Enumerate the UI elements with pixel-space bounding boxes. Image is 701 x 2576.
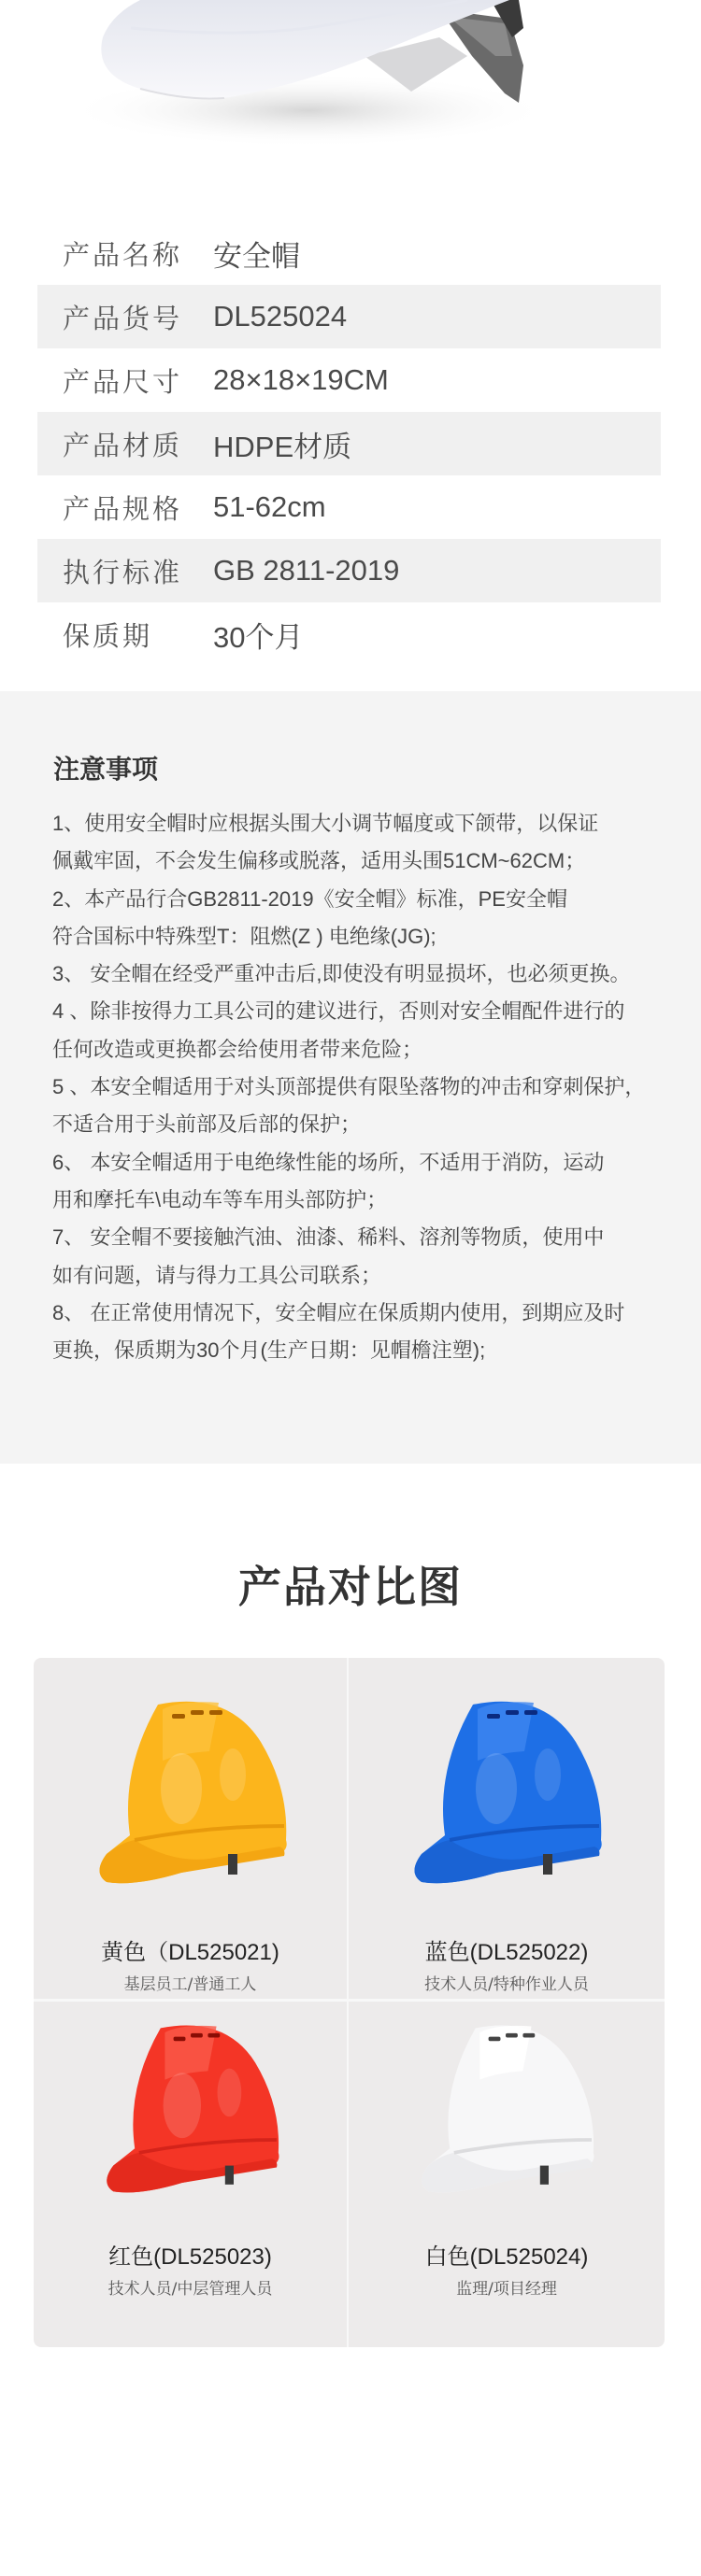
- note-line: 5 、本安全帽适用于对头顶部提供有限坠落物的冲击和穿刺保护，: [52, 1069, 669, 1106]
- product-name: 红色(DL525023): [34, 2238, 347, 2271]
- spec-value: 30个月: [213, 614, 303, 656]
- spec-label: 产品名称: [37, 234, 213, 273]
- compare-card-white[interactable]: 白色(DL525024) 监理/项目经理: [349, 2002, 665, 2347]
- spec-value: 51-62cm: [213, 490, 326, 524]
- product-role: 基层员工/普通工人: [34, 1971, 347, 1994]
- product-name: 蓝色(DL525022): [349, 1933, 665, 1966]
- product-name: 黄色（DL525021): [34, 1933, 347, 1966]
- note-line: 更换，保质期为30个月(生产日期：见帽檐注塑);: [52, 1332, 669, 1369]
- note-line: 6、 本安全帽适用于电绝缘性能的场所，不适用于消防，运动: [52, 1144, 669, 1182]
- spec-label: 执行标准: [37, 552, 213, 590]
- red-helmet-icon: [69, 2011, 312, 2226]
- product-role: 技术人员/中层管理人员: [34, 2275, 347, 2299]
- note-line: 8、 在正常使用情况下，安全帽应在保质期内使用，到期应及时: [52, 1295, 669, 1332]
- spec-value: HDPE材质: [213, 423, 351, 465]
- spec-value: DL525024: [213, 300, 347, 333]
- compare-card-yellow[interactable]: 黄色（DL525021) 基层员工/普通工人: [34, 1658, 349, 2002]
- product-role: 监理/项目经理: [349, 2275, 665, 2299]
- spec-label: 产品货号: [37, 298, 213, 336]
- notes-list: 1、使用安全帽时应根据头围大小调节幅度或下颌带，以保证 佩戴牢固，不会发生偏移或…: [52, 805, 669, 1369]
- product-role: 技术人员/特种作业人员: [349, 1971, 665, 1994]
- compare-card-blue[interactable]: 蓝色(DL525022) 技术人员/特种作业人员: [349, 1658, 665, 2002]
- compare-card-red[interactable]: 红色(DL525023) 技术人员/中层管理人员: [34, 2002, 349, 2347]
- note-line: 1、使用安全帽时应根据头围大小调节幅度或下颌带，以保证: [52, 805, 669, 842]
- white-helmet-icon: [384, 2011, 627, 2226]
- compare-grid: 黄色（DL525021) 基层员工/普通工人 蓝色(DL525022) 技术人员…: [34, 1658, 665, 2347]
- notes-section: 注意事项 1、使用安全帽时应根据头围大小调节幅度或下颌带，以保证 佩戴牢固，不会…: [0, 691, 701, 1464]
- spec-row-sku: 产品货号 DL525024: [37, 285, 661, 348]
- hero-helmet-image: [0, 0, 701, 205]
- white-helmet-brim-icon: [0, 0, 701, 205]
- spec-value: 安全帽: [213, 233, 300, 275]
- spec-value: 28×18×19CM: [213, 363, 389, 397]
- spec-row-material: 产品材质 HDPE材质: [37, 412, 661, 475]
- product-name: 白色(DL525024): [349, 2238, 665, 2271]
- notes-title: 注意事项: [53, 749, 158, 786]
- spec-row-name: 产品名称 安全帽: [37, 221, 661, 285]
- spec-label: 产品尺寸: [37, 361, 213, 400]
- note-line: 任何改造或更换都会给使用者带来危险；: [52, 1031, 669, 1069]
- note-line: 如有问题，请与得力工具公司联系；: [52, 1257, 669, 1295]
- compare-title: 产品对比图: [0, 1553, 701, 1615]
- spec-row-spec: 产品规格 51-62cm: [37, 475, 661, 539]
- spec-value: GB 2811-2019: [213, 554, 399, 587]
- note-line: 用和摩托车\电动车等车用头部防护；: [52, 1182, 669, 1219]
- note-line: 7、 安全帽不要接触汽油、油漆、稀料、溶剂等物质，使用中: [52, 1219, 669, 1256]
- spec-label: 产品材质: [37, 425, 213, 463]
- blue-helmet-icon: [384, 1686, 627, 1919]
- note-line: 2、本产品行合GB2811-2019《安全帽》标准，PE安全帽: [52, 881, 669, 918]
- note-line: 佩戴牢固，不会发生偏移或脱落，适用头围51CM~62CM；: [52, 842, 669, 880]
- note-line: 符合国标中特殊型T：阻燃(Z ) 电绝缘(JG);: [52, 918, 669, 955]
- spec-label: 保质期: [37, 616, 213, 654]
- note-line: 4 、除非按得力工具公司的建议进行，否则对安全帽配件进行的: [52, 993, 669, 1030]
- spec-table: 产品名称 安全帽 产品货号 DL525024 产品尺寸 28×18×19CM 产…: [37, 221, 661, 666]
- spec-row-size: 产品尺寸 28×18×19CM: [37, 348, 661, 412]
- spec-row-warranty: 保质期 30个月: [37, 602, 661, 666]
- note-line: 不适合用于头前部及后部的保护；: [52, 1106, 669, 1143]
- note-line: 3、 安全帽在经受严重冲击后,即使没有明显损坏，也必须更换。: [52, 955, 669, 993]
- spec-row-standard: 执行标准 GB 2811-2019: [37, 539, 661, 602]
- yellow-helmet-icon: [69, 1686, 312, 1919]
- spec-label: 产品规格: [37, 488, 213, 527]
